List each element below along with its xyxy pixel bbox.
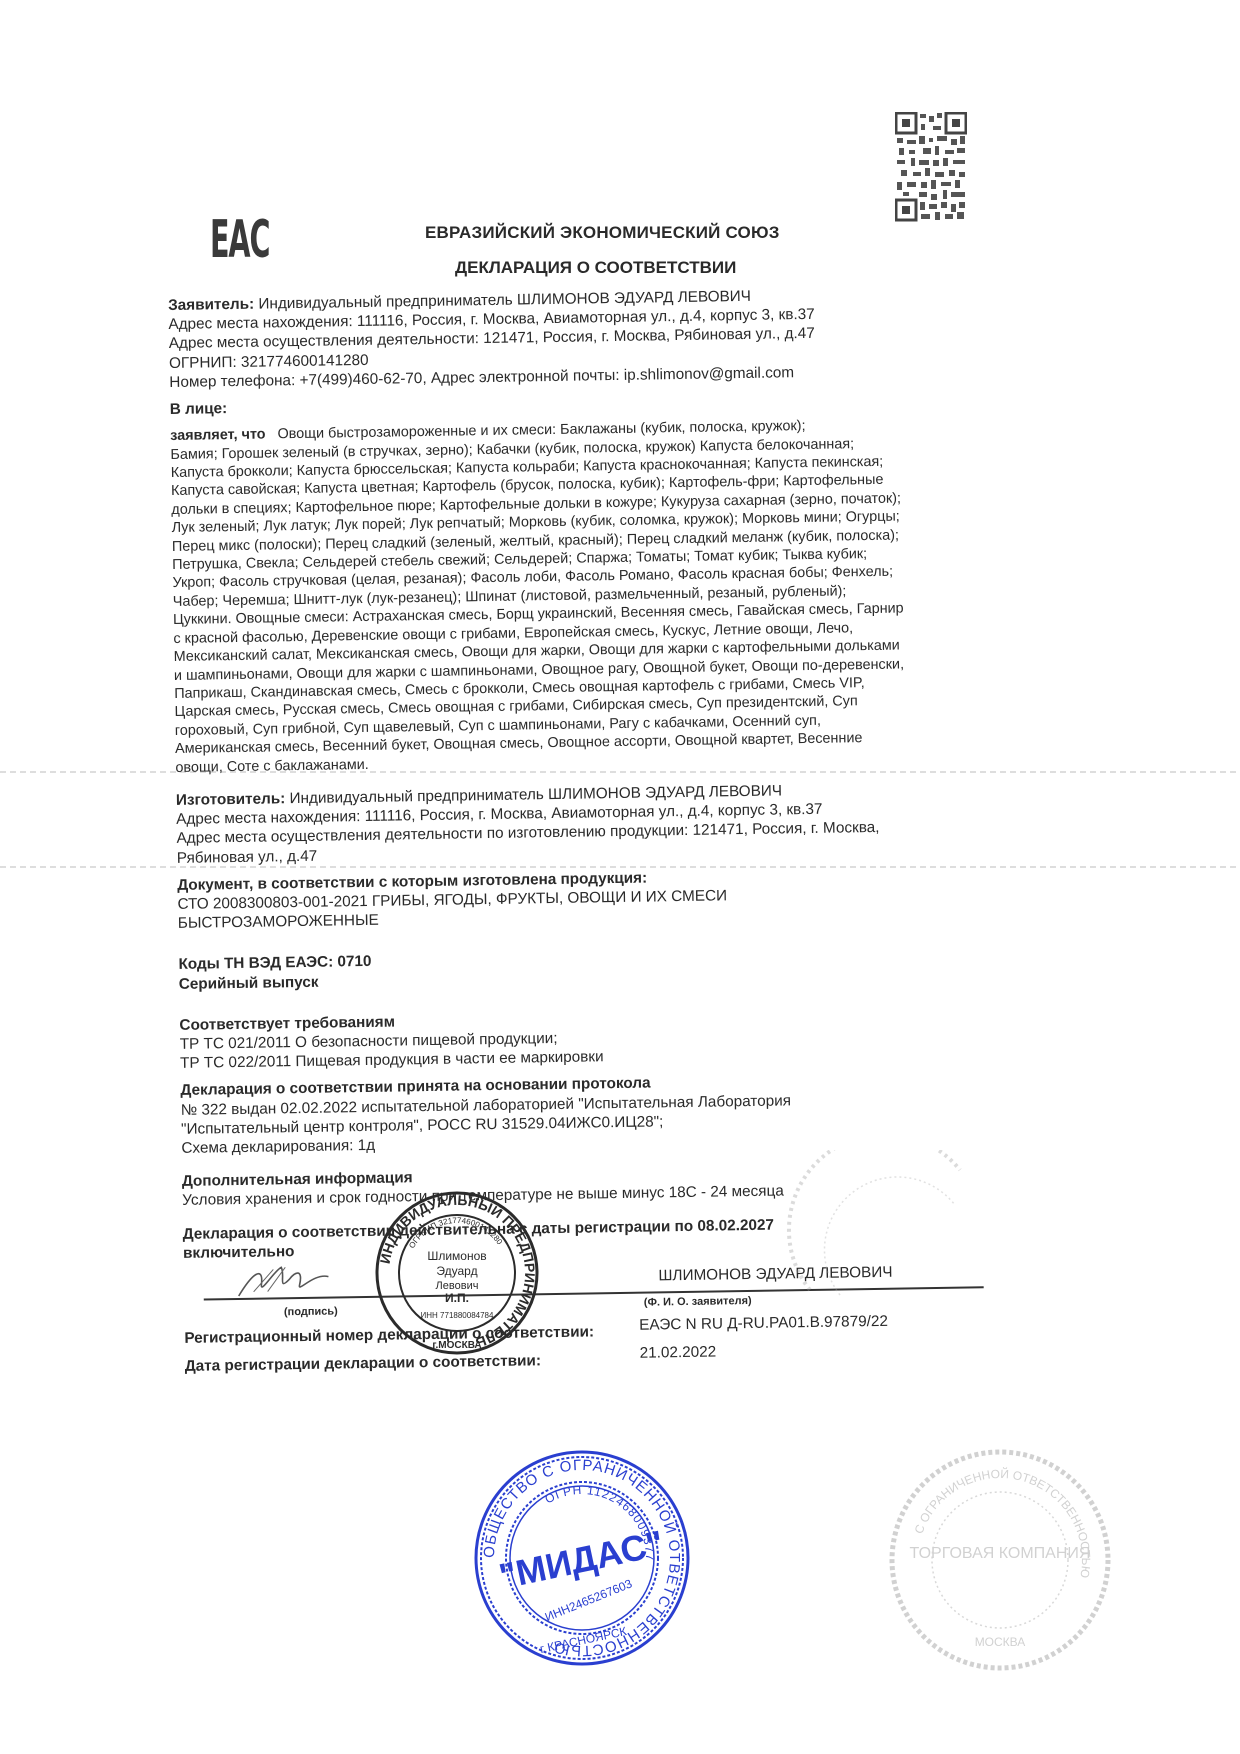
registration-date: 21.02.2022 [640, 1343, 717, 1363]
faded-stamp-city: МОСКВА [975, 1635, 1026, 1649]
qr-code-icon [895, 112, 967, 222]
stamp-center-line: Эдуард [436, 1264, 477, 1278]
stamp-inn: ИНН 771880084784 [421, 1311, 494, 1320]
applicant-address-label: Адрес места нахождения: [168, 313, 353, 333]
svg-text:ОГРНИП 321774600141280: ОГРНИП 321774600141280 [407, 1216, 504, 1250]
faded-stamp-center: ТОРГОВАЯ КОМПАНИЯ [910, 1545, 1091, 1562]
stamp-city: г.МОСКВА [432, 1340, 481, 1351]
document-title: ДЕКЛАРАЦИЯ О СООТВЕТСТВИИ [455, 258, 736, 278]
midas-seal-stamp: ОБЩЕСТВО С ОГРАНИЧЕННОЙ ОТВЕТСТВЕННОСТЬЮ… [472, 1448, 692, 1668]
registration-number: ЕАЭС N RU Д-RU.РА01.В.97879/22 [639, 1312, 888, 1335]
union-title: ЕВРАЗИЙСКИЙ ЭКОНОМИЧЕСКИЙ СОЮЗ [425, 223, 780, 243]
signature-caption: (подпись) [284, 1302, 338, 1322]
applicant-seal-stamp: ИНДИВИДУАЛЬНЫЙ ПРЕДПРИНИМАТЕЛЬ ОГРНИП 32… [372, 1188, 542, 1358]
applicant-activity-address: 121471, Россия, г. Москва, Рябиновая ул.… [483, 325, 815, 347]
midas-center: "МИДАС" [495, 1522, 667, 1597]
eac-logo: ЕАС [210, 210, 269, 270]
faded-partial-stamp [770, 1150, 970, 1300]
declaration-page: ЕАС ЕВРАЗИЙСКИЙ ЭКОНОМИЧЕСКИЙ СОЮЗ ДЕКЛА… [0, 0, 1240, 1754]
declares-label: заявляет, что [170, 427, 266, 444]
applicant-label: Заявитель: [168, 296, 254, 314]
manufacturer-label: Изготовитель: [176, 790, 286, 809]
faded-seal-stamp: С ОГРАНИЧЕННОЙ ОТВЕТСТВЕННОСТЬЮ ТОРГОВАЯ… [880, 1440, 1120, 1680]
applicant-activity-address-label: Адрес места осуществления деятельности: [169, 331, 480, 353]
name-caption: (Ф. И. О. заявителя) [644, 1292, 752, 1313]
stamp-ogrnip: ОГРНИП 321774600141280 [407, 1216, 504, 1250]
stamp-center-line: И.П. [445, 1291, 469, 1305]
stamp-center-line: Шлимонов [427, 1249, 486, 1263]
